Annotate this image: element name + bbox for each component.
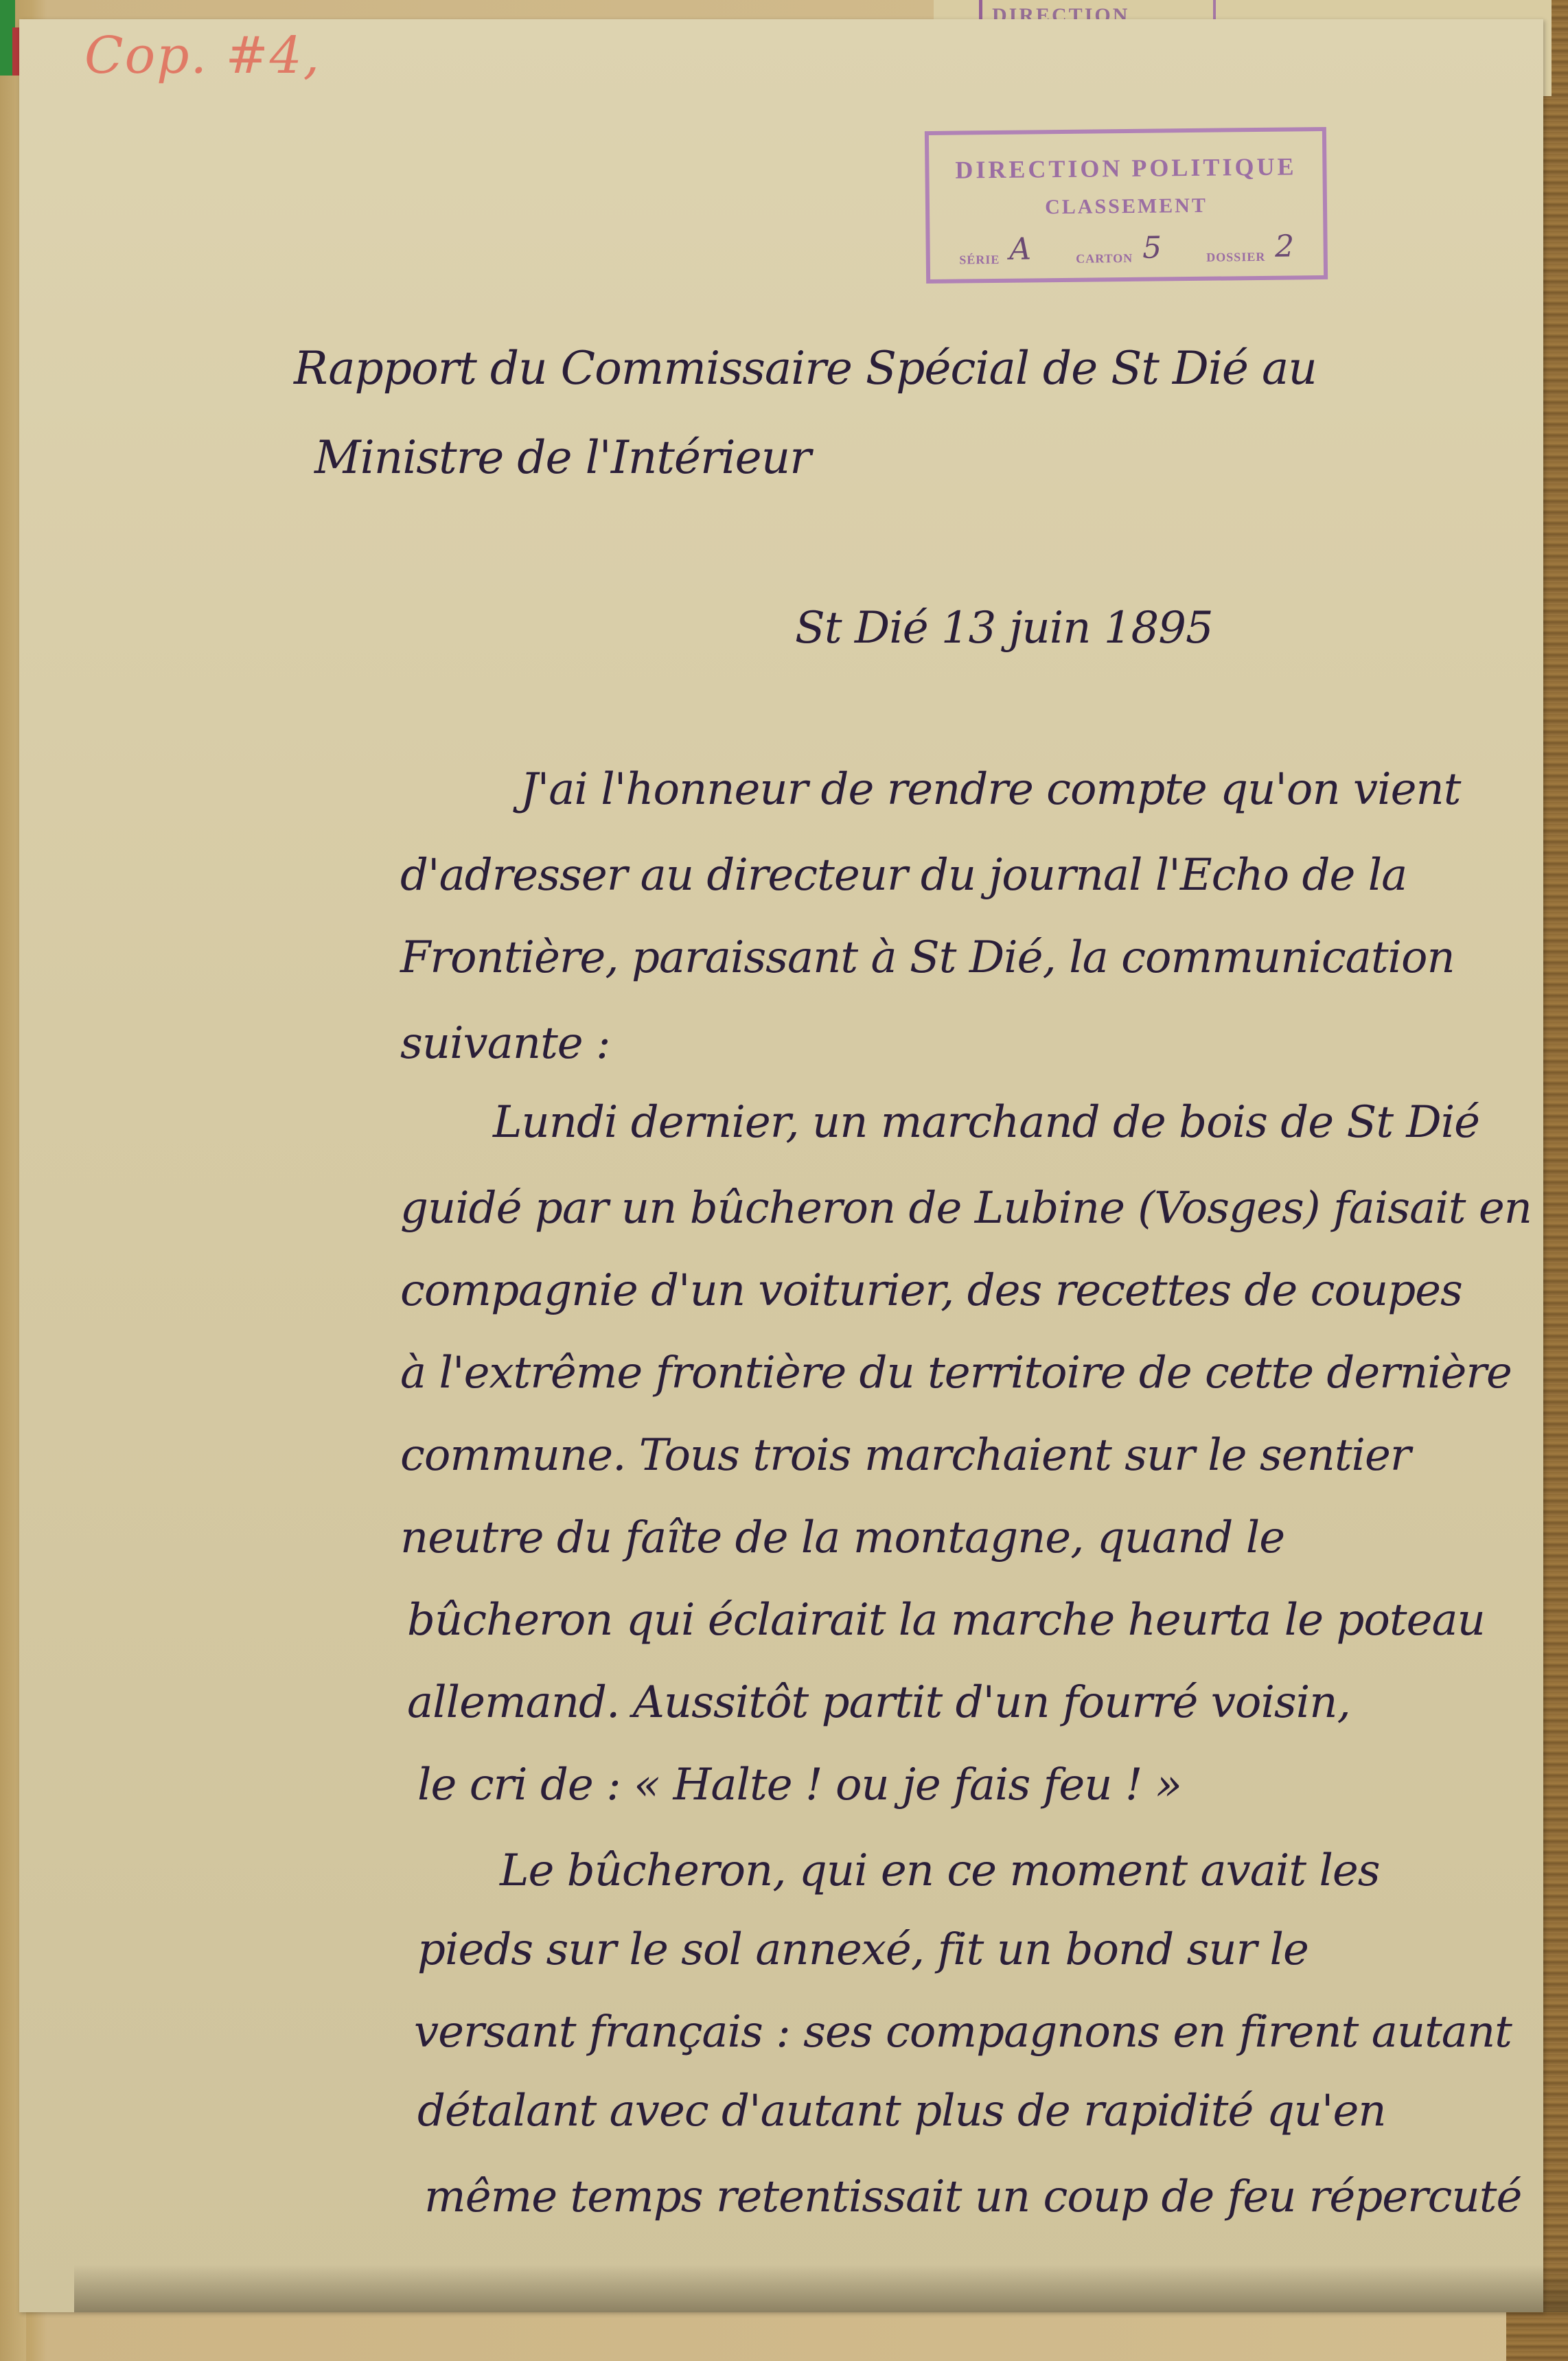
stamp-value: 2: [1275, 229, 1295, 264]
body-line: neutre du faîte de la montagne, quand le: [400, 1512, 1284, 1563]
manuscript-page: Cop. #4, DIRECTION POLITIQUE CLASSEMENT …: [19, 19, 1543, 2312]
body-line: commune. Tous trois marchaient sur le se…: [400, 1430, 1410, 1481]
stamp-field-serie: SÉRIE A: [959, 231, 1031, 267]
body-line: pieds sur le sol annexé, fit un bond sur…: [417, 1924, 1308, 1975]
stamp-label: SÉRIE: [959, 253, 1000, 268]
page-shadow: [74, 2264, 1568, 2312]
body-line: détalant avec d'autant plus de rapidité …: [417, 2086, 1386, 2137]
body-line: Lundi dernier, un marchand de bois de St…: [493, 1097, 1479, 1148]
body-line: Frontière, paraissant à St Dié, la commu…: [400, 932, 1455, 983]
body-line: à l'extrême frontière du territoire de c…: [400, 1348, 1512, 1398]
stamp-field-carton: CARTON 5: [1076, 230, 1162, 266]
stamp-title: DIRECTION POLITIQUE: [929, 152, 1322, 185]
heading-line-2: Ministre de l'Intérieur: [314, 431, 811, 484]
body-line: compagnie d'un voiturier, des recettes d…: [400, 1265, 1462, 1316]
stamp-fields: SÉRIE A CARTON 5 DOSSIER 2: [930, 229, 1324, 268]
stamp-label: DOSSIER: [1206, 250, 1265, 265]
stamp-label: CARTON: [1076, 251, 1133, 266]
body-line: allemand. Aussitôt partit d'un fourré vo…: [407, 1677, 1350, 1728]
body-line: Le bûcheron, qui en ce moment avait les: [500, 1845, 1380, 1896]
stamp-value: A: [1009, 231, 1031, 266]
dateline: St Dié 13 juin 1895: [795, 603, 1213, 654]
stamp-value: 5: [1142, 230, 1162, 265]
body-line: le cri de : « Halte ! ou je fais feu ! »: [417, 1760, 1181, 1810]
reference-mark: Cop. #4,: [84, 26, 321, 85]
body-line: bûcheron qui éclairait la marche heurta …: [407, 1595, 1485, 1646]
body-line: J'ai l'honneur de rendre compte qu'on vi…: [520, 764, 1460, 815]
body-line: versant français : ses compagnons en fir…: [414, 2007, 1512, 2058]
body-line: d'adresser au directeur du journal l'Ech…: [400, 850, 1407, 901]
body-line: même temps retentissait un coup de feu r…: [424, 2172, 1521, 2222]
heading-line-1: Rapport du Commissaire Spécial de St Dié…: [294, 342, 1317, 395]
stamp-field-dossier: DOSSIER 2: [1206, 229, 1295, 264]
classification-stamp: DIRECTION POLITIQUE CLASSEMENT SÉRIE A C…: [925, 127, 1328, 284]
stamp-subtitle: CLASSEMENT: [930, 193, 1323, 220]
body-line: guidé par un bûcheron de Lubine (Vosges)…: [400, 1183, 1532, 1234]
body-line: suivante :: [400, 1018, 610, 1069]
